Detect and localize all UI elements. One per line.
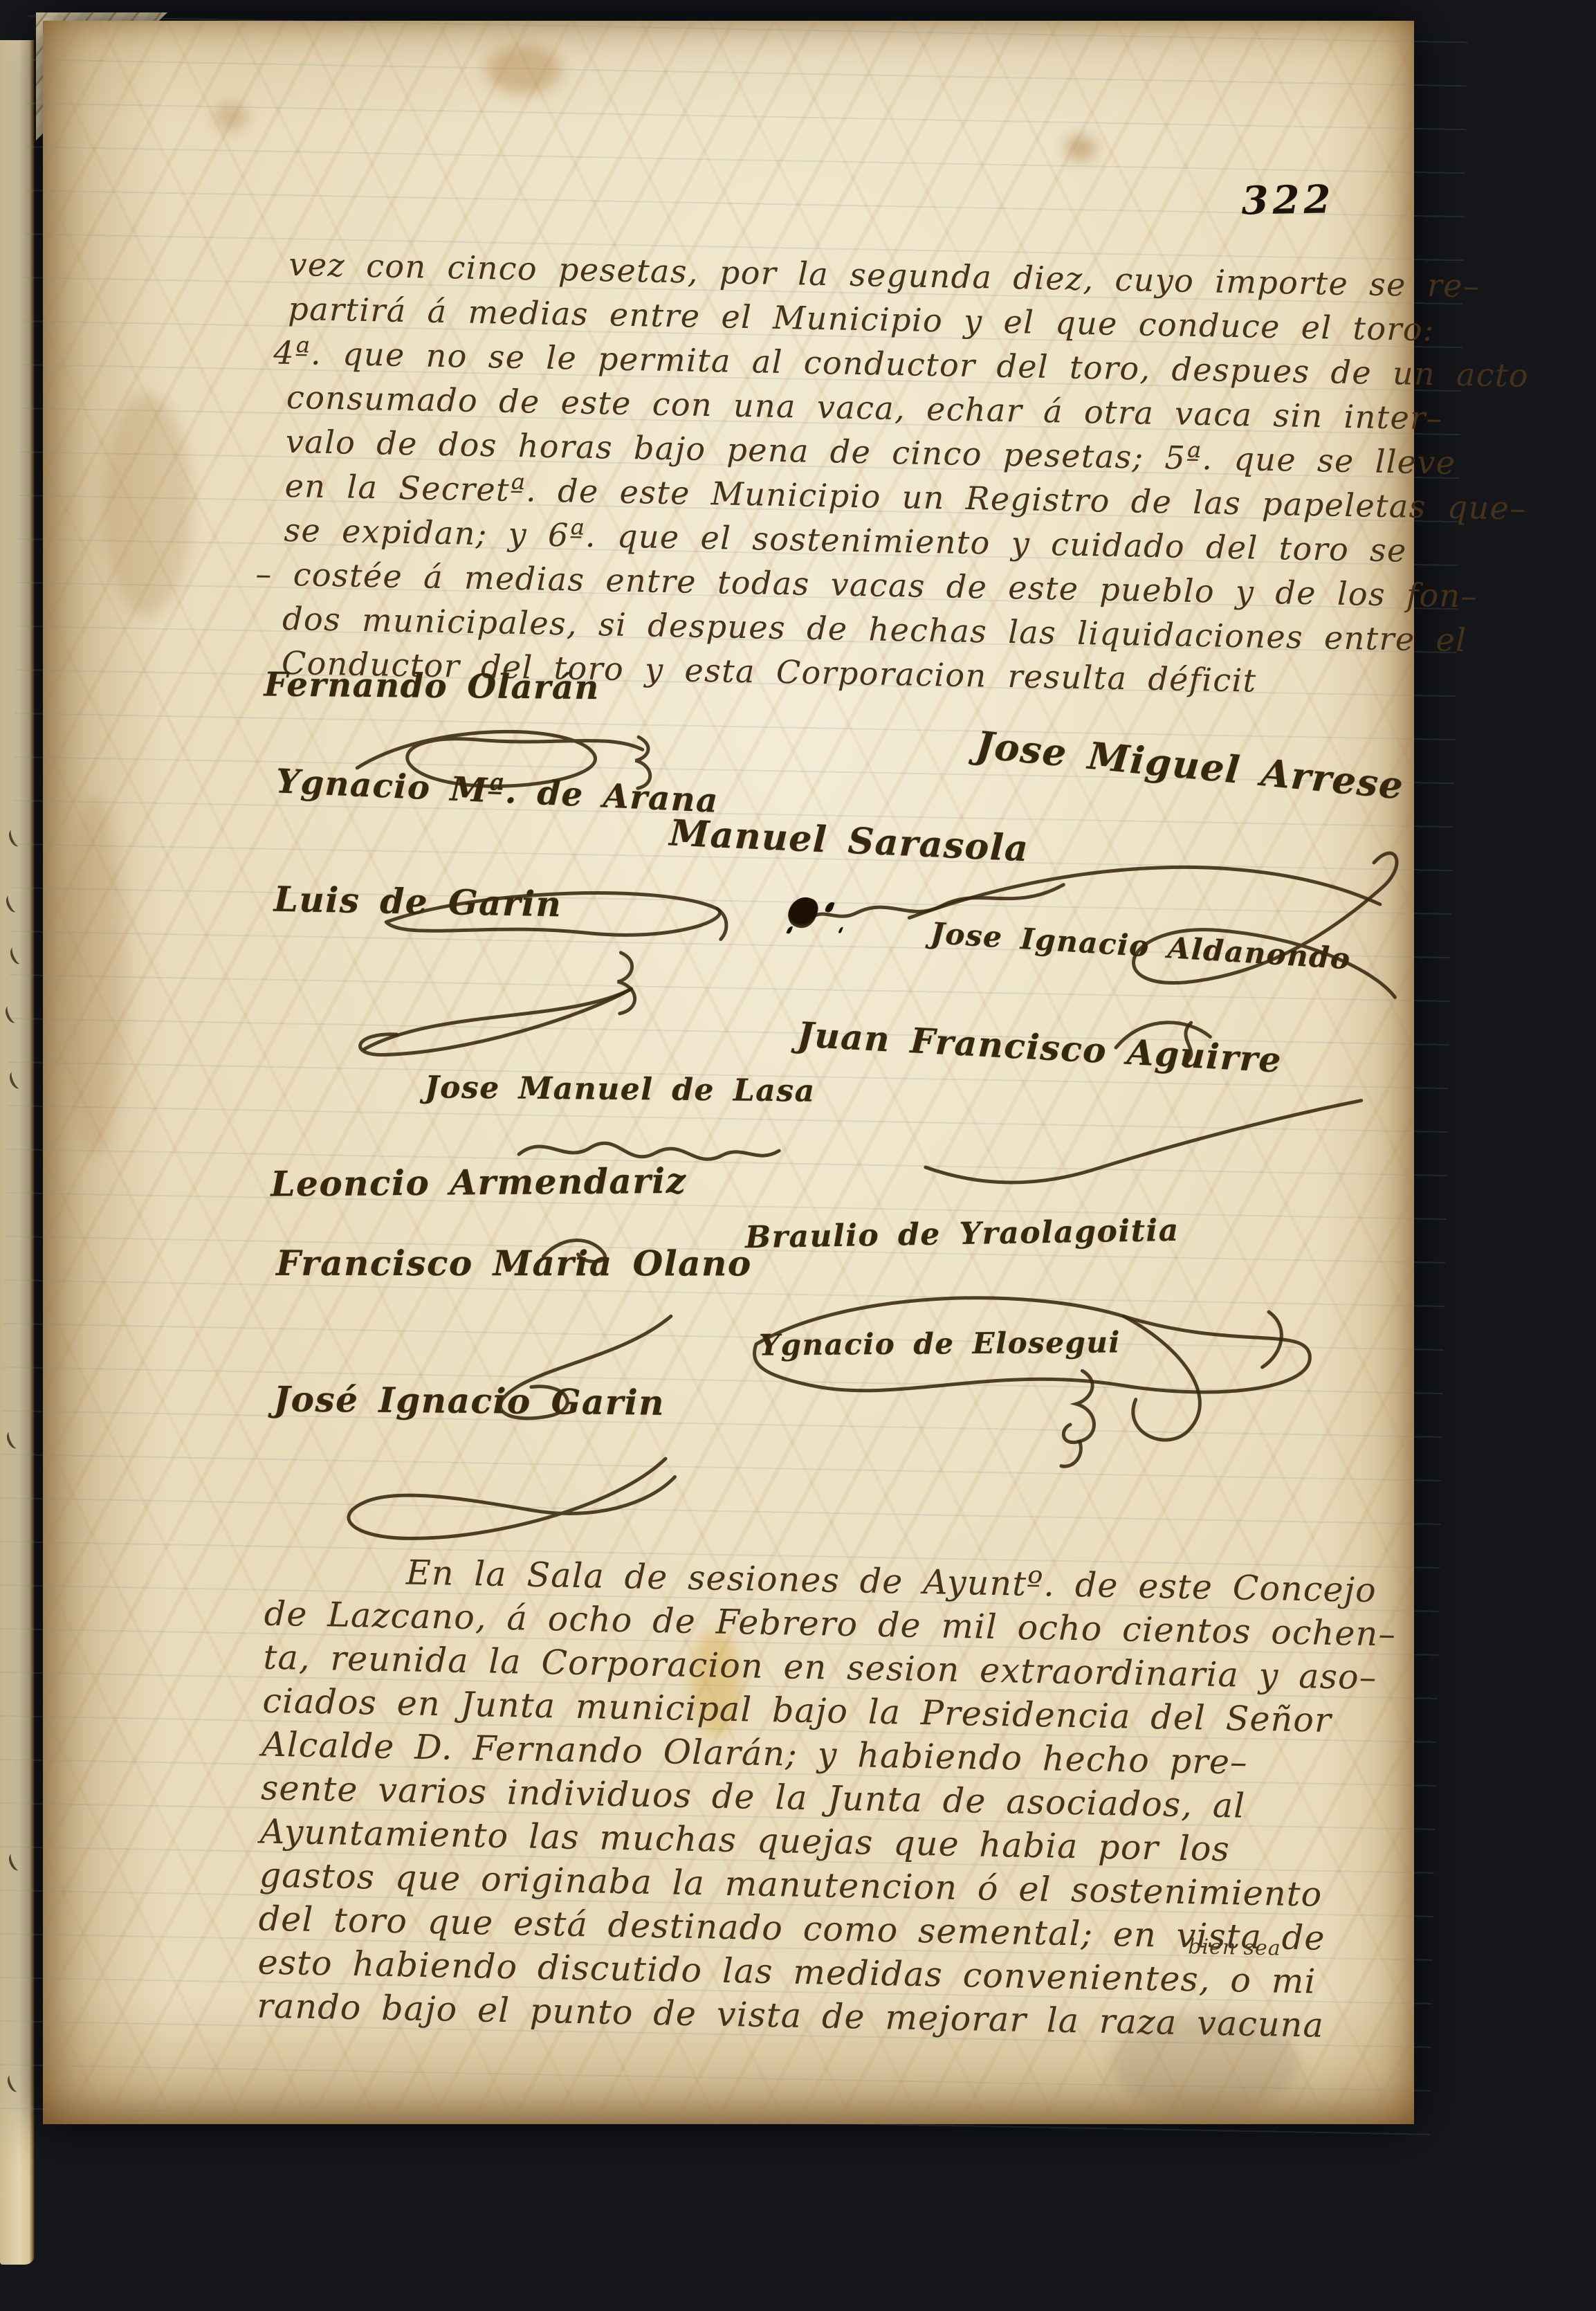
ink-fragment: [6, 828, 24, 848]
manuscript-page: 322 vez con cinco pesetas, por la segund…: [43, 21, 1414, 2124]
signature: Jose Miguel Arrese: [974, 722, 1406, 808]
ink-fragment: [4, 1429, 21, 1450]
signature-rubric-flourish: [464, 1304, 688, 1433]
signature-block: Fernando Olarán Jose Miguel Arrese Ygnac…: [47, 16, 1418, 41]
ink-fragment: [3, 1004, 20, 1025]
interlinear-insertion: bien sea: [1188, 1935, 1281, 1960]
paragraph-bottom: En la Sala de sesiones de Ayuntº. de est…: [47, 16, 1418, 41]
signature-rubric-flourish: [344, 714, 663, 810]
signature-rubric-flourish: [883, 1084, 1370, 1203]
ink-fragment: [7, 1070, 24, 1090]
signature: Fernando Olarán: [264, 665, 600, 707]
ink-fragment: [3, 893, 21, 914]
handwritten-content: 322 vez con cinco pesetas, por la segund…: [8, 16, 1418, 2144]
scanned-manuscript-photo: { "colors":{"background":"#16171b","pape…: [0, 0, 1596, 2311]
signature: Francisco Maria Olano: [276, 1243, 752, 1284]
signature-rubric-flourish: [323, 1440, 685, 1564]
paragraph-top: vez con cinco pesetas, por la segunda di…: [47, 16, 1418, 41]
signature: Jose Manuel de Lasa: [425, 1070, 816, 1108]
ink-fragment: [8, 945, 25, 966]
page-number: 322: [1241, 176, 1335, 223]
signature-rubric-flourish: [536, 1226, 627, 1269]
signature-rubric-flourish: [805, 868, 1070, 935]
signature-rubric-flourish: [339, 935, 652, 1072]
signature-rubric-flourish: [510, 1118, 788, 1185]
signature-rubric-flourish: [1031, 1363, 1116, 1475]
signature-rubric-flourish: [1108, 1005, 1220, 1069]
signature: Braulio de Yraolagoitia: [745, 1213, 1180, 1255]
